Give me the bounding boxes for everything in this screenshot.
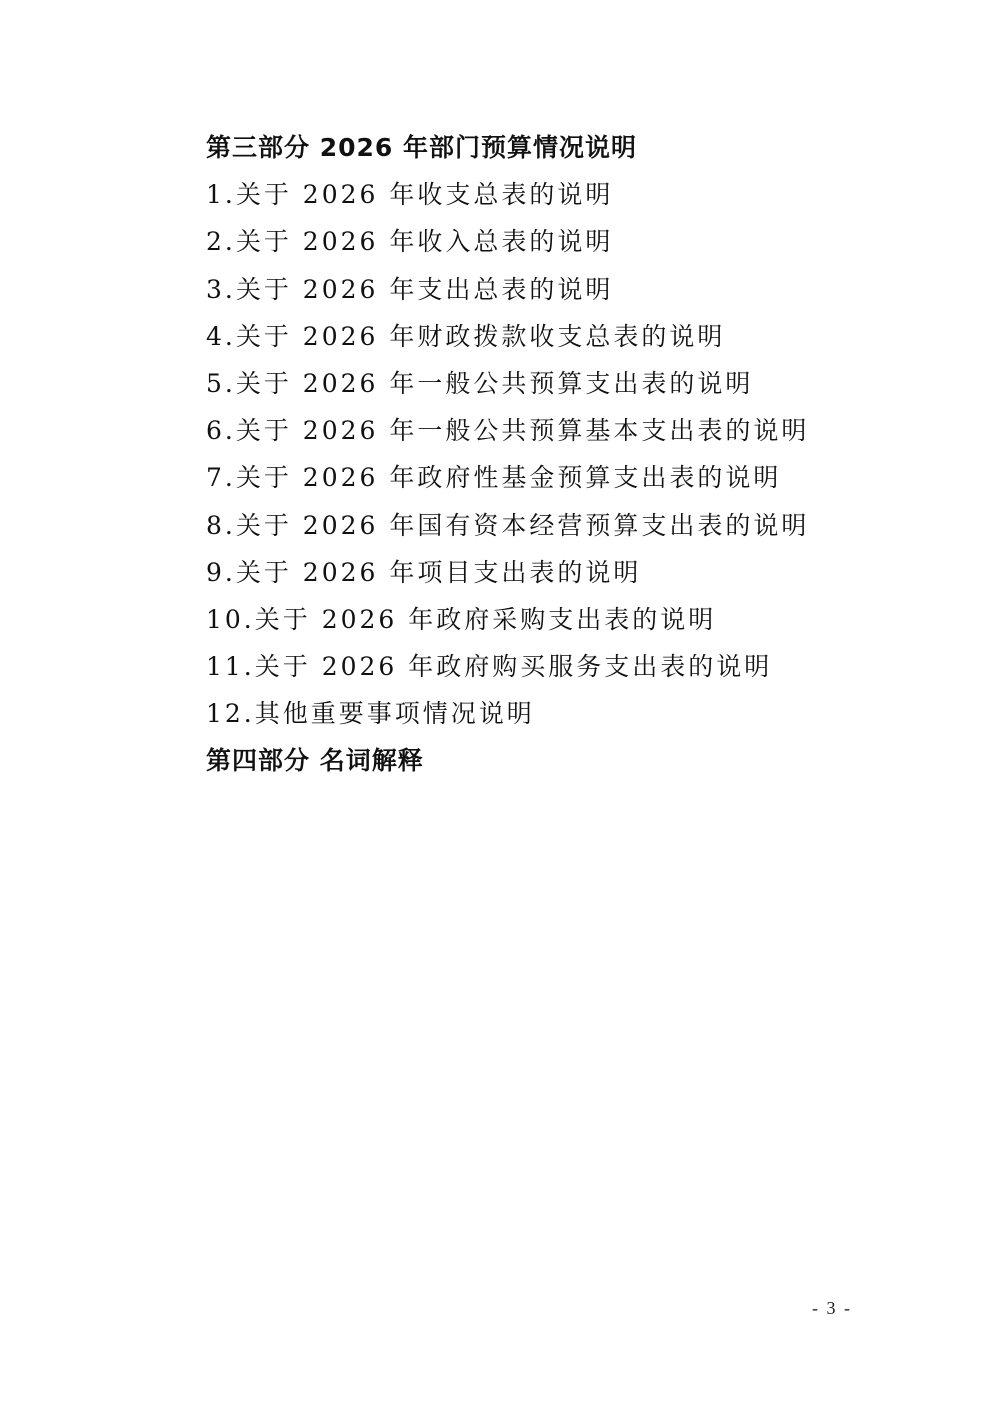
toc-item: 9.关于 2026 年项目支出表的说明	[206, 553, 809, 600]
page-number: - 3 -	[812, 1298, 852, 1319]
toc-item: 12.其他重要事项情况说明	[206, 694, 809, 741]
toc-item: 10.关于 2026 年政府采购支出表的说明	[206, 600, 809, 647]
section-heading-part3: 第三部分 2026 年部门预算情况说明	[206, 128, 809, 175]
toc-item: 1.关于 2026 年收支总表的说明	[206, 175, 809, 222]
toc-item: 3.关于 2026 年支出总表的说明	[206, 270, 809, 317]
toc-item: 8.关于 2026 年国有资本经营预算支出表的说明	[206, 506, 809, 553]
toc-item: 2.关于 2026 年收入总表的说明	[206, 222, 809, 269]
toc-item: 6.关于 2026 年一般公共预算基本支出表的说明	[206, 411, 809, 458]
table-of-contents: 第三部分 2026 年部门预算情况说明 1.关于 2026 年收支总表的说明 2…	[206, 128, 809, 789]
toc-item: 7.关于 2026 年政府性基金预算支出表的说明	[206, 458, 809, 505]
toc-item: 4.关于 2026 年财政拨款收支总表的说明	[206, 317, 809, 364]
document-page: 第三部分 2026 年部门预算情况说明 1.关于 2026 年收支总表的说明 2…	[0, 0, 1000, 1415]
section-heading-part4: 第四部分 名词解释	[206, 741, 809, 788]
toc-item: 5.关于 2026 年一般公共预算支出表的说明	[206, 364, 809, 411]
toc-item: 11.关于 2026 年政府购买服务支出表的说明	[206, 647, 809, 694]
